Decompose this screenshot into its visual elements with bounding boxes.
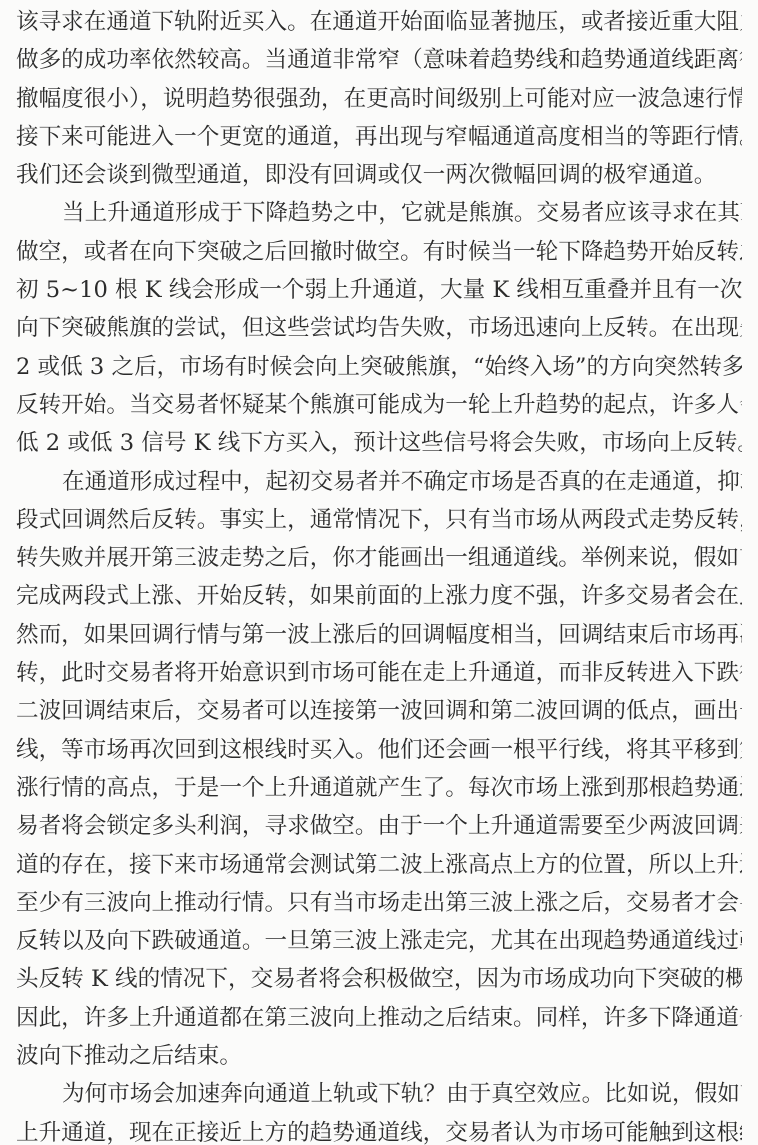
text-line: 完成两段式上涨、开始反转，如果前面的上涨力度不强，许多交易者会在此时做空。 [16,577,742,615]
text-line: 转失败并展开第三波走势之后，你才能画出一组通道线。举例来说，假如市场刚刚 [16,539,742,577]
text-line: 至少有三波向上推动行情。只有当市场走出第三波上涨之后，交易者才会寻求市场 [16,884,742,922]
text-line: 段式回调然后反转。事实上，通常情况下，只有当市场从两段式走势反转，然后反 [16,501,742,539]
text-line: 为何市场会加速奔向通道上轨或下轨？由于真空效应。比如说，假如市场处于 [16,1075,742,1113]
paragraph: 为何市场会加速奔向通道上轨或下轨？由于真空效应。比如说，假如市场处于 上升通道，… [16,1075,742,1145]
text-line: 易者将会锁定多头利润，寻求做空。由于一个上升通道需要至少两波回调来确认通 [16,807,742,845]
text-line: 二波回调结束后，交易者可以连接第一波回调和第二波回调的低点，画出一根趋势 [16,692,742,730]
text-line: 向下突破熊旗的尝试，但这些尝试均告失败，市场迅速向上反转。在出现失败的低 [16,309,742,347]
paragraph: 在通道形成过程中，起初交易者并不确定市场是否真的在走通道，抑或只是两 段式回调然… [16,463,742,1076]
text-line: 涨行情的高点，于是一个上升通道就产生了。每次市场上涨到那根趋势通道线，交 [16,769,742,807]
text-line: 该寻求在通道下轨附近买入。在通道开始面临显著抛压，或者接近重大阻力位之前， [16,3,742,41]
text-line: 2 或低 3 之后，市场有时候会向上突破熊旗，“始终入场”的方向突然转多，多头 [16,348,742,386]
text-line: 低 2 或低 3 信号 K 线下方买入，预计这些信号将会失败，市场向上反转。 [16,424,742,462]
text-line: 接下来可能进入一个更宽的通道，再出现与窄幅通道高度相当的等距行情。下一章 [16,118,742,156]
text-line: 波向下推动之后结束。 [16,1037,742,1075]
text-line: 反转开始。当交易者怀疑某个熊旗可能成为一轮上升趋势的起点，许多人会在低 1、 [16,386,742,424]
text-line: 当上升通道形成于下降趋势之中，它就是熊旗。交易者应该寻求在其顶部附近 [16,194,742,232]
text-line: 在通道形成过程中，起初交易者并不确定市场是否真的在走通道，抑或只是两 [16,463,742,501]
text-line: 头反转 K 线的情况下，交易者将会积极做空，因为市场成功向下突破的概率增加了。 [16,960,742,998]
document-page: 该寻求在通道下轨附近买入。在通道开始面临显著抛压，或者接近重大阻力位之前， 做多… [16,3,742,1145]
text-line: 撤幅度很小），说明趋势很强劲，在更高时间级别上可能对应一波急速行情。市场 [16,80,742,118]
text-line: 因此，许多上升通道都在第三波向上推动之后结束。同样，许多下降通道也在第三 [16,999,742,1037]
text-line: 反转以及向下跌破通道。一旦第三波上涨走完，尤其在出现趋势通道线过靶和强空 [16,922,742,960]
paragraph: 当上升通道形成于下降趋势之中，它就是熊旗。交易者应该寻求在其顶部附近 做空，或者… [16,194,742,462]
text-line: 线，等市场再次回到这根线时买入。他们还会画一根平行线，将其平移到第一波上 [16,731,742,769]
text-line: 转，此时交易者将开始意识到市场可能在走上升通道，而非反转进入下跌行情。第 [16,654,742,692]
text-line: 上升通道，现在正接近上方的趋势通道线，交易者认为市场可能触到这根线甚至突 [16,1114,742,1145]
paragraph: 该寻求在通道下轨附近买入。在通道开始面临显著抛压，或者接近重大阻力位之前， 做多… [16,3,742,194]
text-line: 然而，如果回调行情与第一波上涨后的回调幅度相当，回调结束后市场再次向上反 [16,616,742,654]
text-line: 初 5~10 根 K 线会形成一个弱上升通道，大量 K 线相互重叠并且有一次或一… [16,271,742,309]
text-line: 做多的成功率依然较高。当通道非常窄（意味着趋势线和趋势通道线距离很近、回 [16,41,742,79]
text-line: 做空，或者在向下突破之后回撤时做空。有时候当一轮下降趋势开始反转之时，最 [16,233,742,271]
text-line: 我们还会谈到微型通道，即没有回调或仅一两次微幅回调的极窄通道。 [16,156,742,194]
text-line: 道的存在，接下来市场通常会测试第二波上涨高点上方的位置，所以上升通道通常 [16,846,742,884]
